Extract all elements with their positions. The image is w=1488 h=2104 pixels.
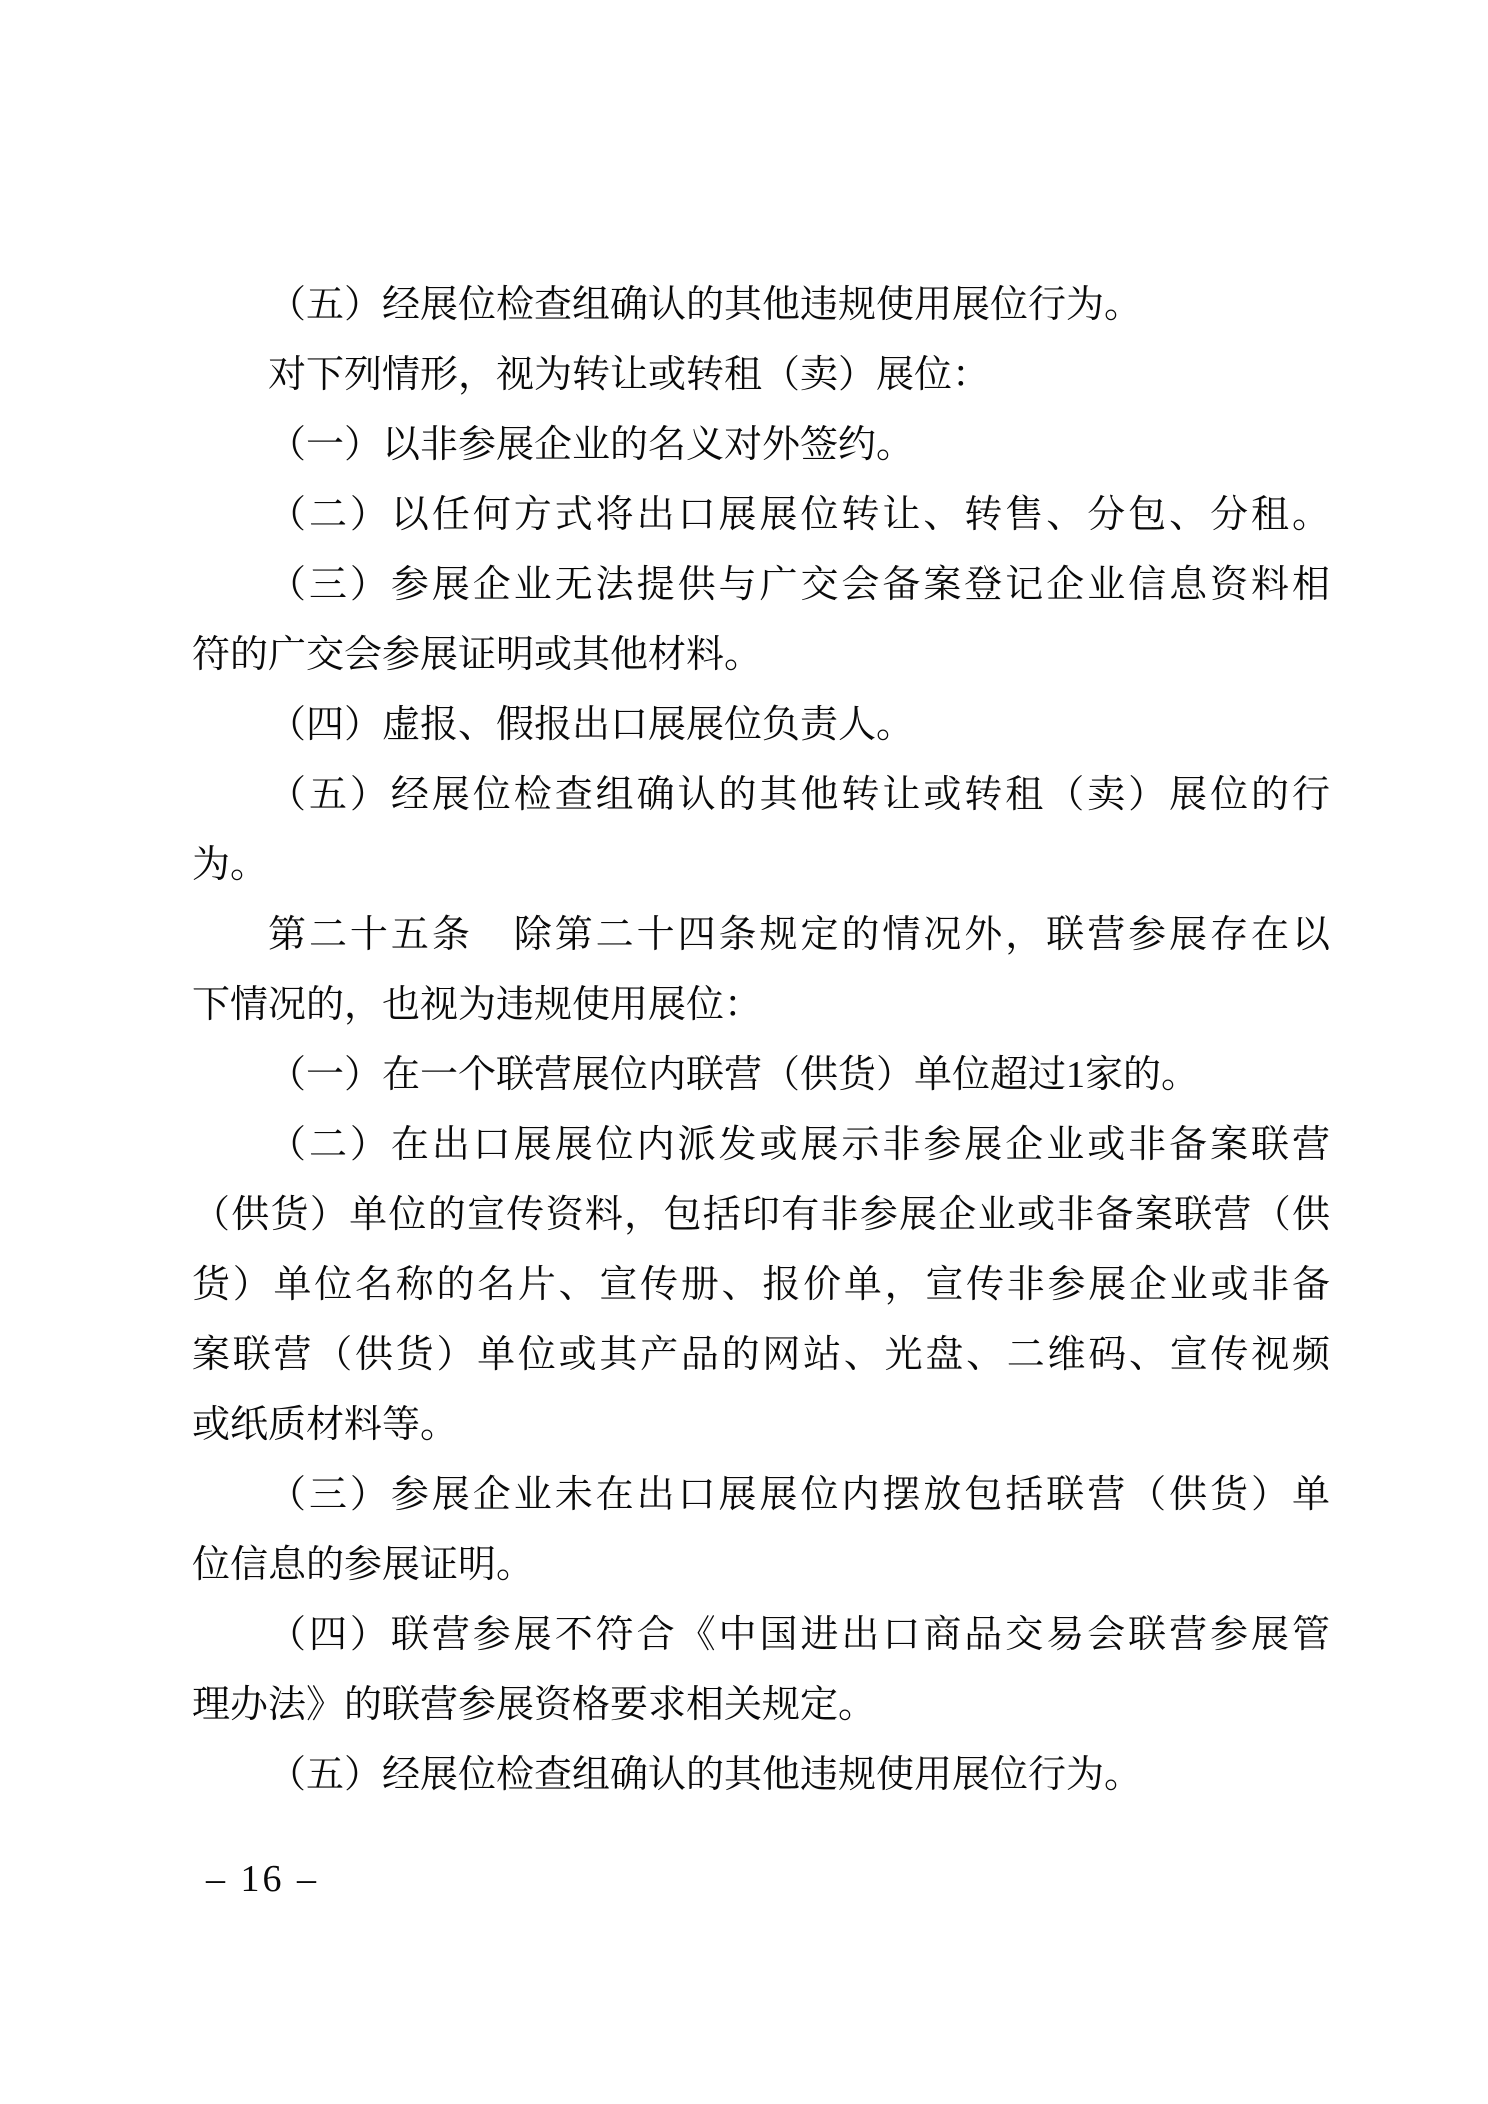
text-line: （四）虚报、假报出口展展位负责人。 [192,690,1330,760]
text-line: 下情况的，也视为违规使用展位： [192,970,1330,1040]
text-line: 为。 [192,830,1330,900]
text-line: （二）在出口展展位内派发或展示非参展企业或非备案联营 [192,1110,1330,1180]
text-line: 或纸质材料等。 [192,1390,1330,1460]
text-line: 第二十五条 除第二十四条规定的情况外，联营参展存在以 [192,900,1330,970]
text-line: （四）联营参展不符合《中国进出口商品交易会联营参展管 [192,1600,1330,1670]
document-body-text: （五）经展位检查组确认的其他违规使用展位行为。对下列情形，视为转让或转租（卖）展… [192,270,1330,1810]
text-line: 理办法》的联营参展资格要求相关规定。 [192,1670,1330,1740]
text-line: （五）经展位检查组确认的其他违规使用展位行为。 [192,1740,1330,1810]
text-line: 位信息的参展证明。 [192,1530,1330,1600]
text-line: （三）参展企业未在出口展展位内摆放包括联营（供货）单 [192,1460,1330,1530]
text-line: （一）在一个联营展位内联营（供货）单位超过1家的。 [192,1040,1330,1110]
text-line: 对下列情形，视为转让或转租（卖）展位： [192,340,1330,410]
text-line: 货）单位名称的名片、宣传册、报价单，宣传非参展企业或非备 [192,1250,1330,1320]
text-line: （五）经展位检查组确认的其他违规使用展位行为。 [192,270,1330,340]
text-line: 符的广交会参展证明或其他材料。 [192,620,1330,690]
text-line: 案联营（供货）单位或其产品的网站、光盘、二维码、宣传视频 [192,1320,1330,1390]
document-page: （五）经展位检查组确认的其他违规使用展位行为。对下列情形，视为转让或转租（卖）展… [0,0,1488,2104]
text-line: （五）经展位检查组确认的其他转让或转租（卖）展位的行 [192,760,1330,830]
page-number: – 16 – [206,1855,319,1903]
text-line: （供货）单位的宣传资料，包括印有非参展企业或非备案联营（供 [192,1180,1330,1250]
text-line: （一）以非参展企业的名义对外签约。 [192,410,1330,480]
text-line: （二）以任何方式将出口展展位转让、转售、分包、分租。 [192,480,1330,550]
text-line: （三）参展企业无法提供与广交会备案登记企业信息资料相 [192,550,1330,620]
